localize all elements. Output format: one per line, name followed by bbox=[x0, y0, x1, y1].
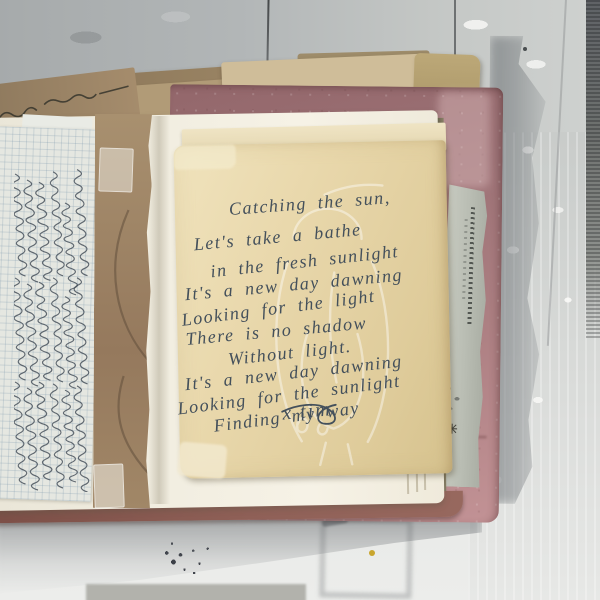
page-gutter bbox=[148, 116, 170, 504]
photo-scene: Catching the sun, Let's take a bathe in … bbox=[0, 0, 600, 600]
table-dark-edge bbox=[586, 0, 600, 338]
signature-flourish bbox=[279, 396, 346, 434]
poem-page: Catching the sun, Let's take a bathe in … bbox=[174, 140, 453, 479]
vertical-spine-text bbox=[467, 207, 475, 325]
illegible-french-handwriting bbox=[14, 148, 92, 492]
paint-speck bbox=[523, 47, 527, 51]
clear-tape bbox=[98, 147, 134, 192]
grey-paint-patch bbox=[86, 584, 306, 600]
vertical-spine-text bbox=[462, 219, 468, 299]
yellow-paint-dot bbox=[369, 550, 375, 556]
paint-crack bbox=[454, 0, 456, 56]
clear-tape bbox=[93, 463, 125, 508]
